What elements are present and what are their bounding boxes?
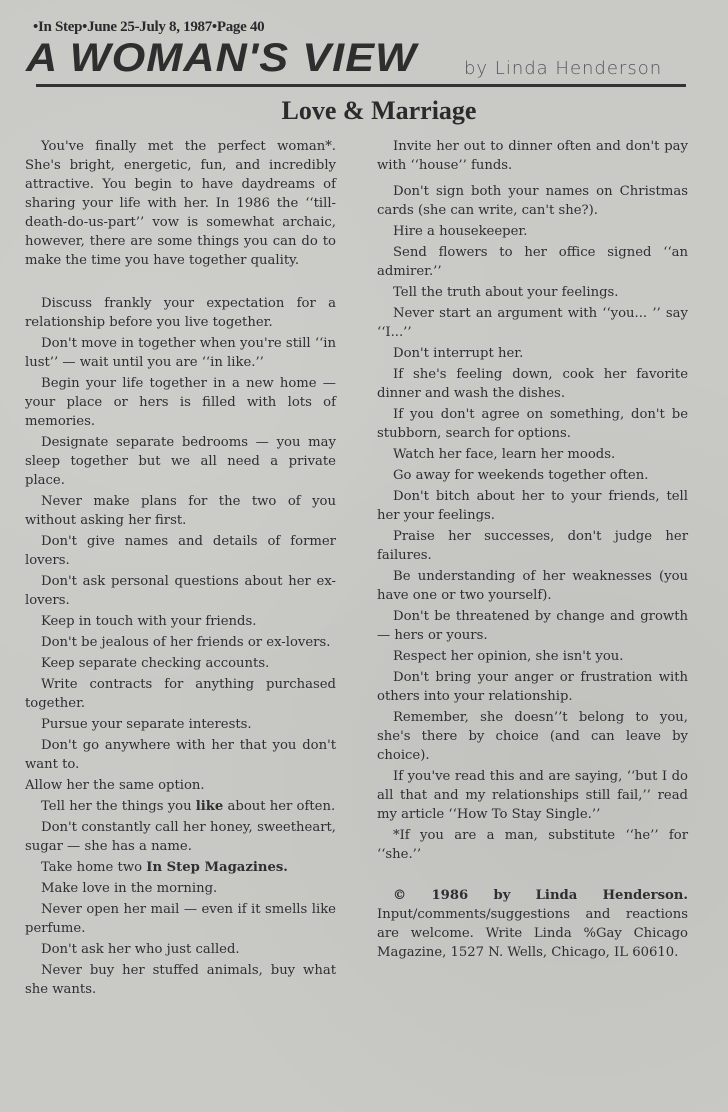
- tip-paragraph: Don't bring your anger or frustration wi…: [377, 668, 688, 706]
- tip-paragraph: Never buy her stuffed animals, buy what …: [25, 961, 336, 999]
- text-span: Tell her the things you: [41, 799, 196, 814]
- tip-paragraph: Make love in the morning.: [25, 879, 336, 898]
- tip-paragraph: Allow her the same option.: [25, 776, 336, 795]
- tip-paragraph: Don't ask personal questions about her e…: [25, 572, 336, 610]
- tip-paragraph: Don't be jealous of her friends or ex-lo…: [25, 633, 336, 652]
- tip-paragraph: Don't sign both your names on Christmas …: [377, 182, 688, 220]
- tip-paragraph: Don't go anywhere with her that you don'…: [25, 736, 336, 774]
- tip-paragraph: Hire a housekeeper.: [377, 222, 688, 241]
- magazine-name: In Step Magazines.: [146, 860, 288, 875]
- tip-paragraph-like: Tell her the things you like about her o…: [25, 797, 336, 816]
- tip-paragraph: Don't move in together when you're still…: [25, 334, 336, 372]
- tip-paragraph: Never make plans for the two of you with…: [25, 492, 336, 530]
- tip-paragraph: Never start an argument with ‘‘you... ’’…: [377, 304, 688, 342]
- tip-paragraph: Begin your life together in a new home —…: [25, 374, 336, 431]
- tip-paragraph: If you don't agree on something, don't b…: [377, 405, 688, 443]
- tip-paragraph: Don't give names and details of former l…: [25, 532, 336, 570]
- tip-paragraph: Keep separate checking accounts.: [25, 654, 336, 673]
- tip-paragraph: Don't constantly call her honey, sweethe…: [25, 818, 336, 856]
- tip-paragraph: If she's feeling down, cook her favorite…: [377, 365, 688, 403]
- newspaper-page: •In Step•June 25-July 8, 1987•Page 40 A …: [0, 0, 728, 1112]
- contact-info: Input/comments/suggestions and reactions…: [377, 907, 688, 960]
- tip-paragraph: Be understanding of her weaknesses (you …: [377, 567, 688, 605]
- tip-paragraph: Respect her opinion, she isn't you.: [377, 647, 688, 666]
- tip-paragraph: Invite her out to dinner often and don't…: [377, 137, 688, 175]
- tip-paragraph: Discuss frankly your expectation for a r…: [25, 294, 336, 332]
- tip-paragraph: Tell the truth about your feelings.: [377, 283, 688, 302]
- tip-paragraph: Don't interrupt her.: [377, 344, 688, 363]
- right-column: Invite her out to dinner often and don't…: [377, 137, 688, 964]
- left-column: You've finally met the perfect woman*. S…: [25, 137, 336, 1001]
- tip-paragraph: Watch her face, learn her moods.: [377, 445, 688, 464]
- dateline: •In Step•June 25-July 8, 1987•Page 40: [33, 19, 264, 36]
- intro-paragraph: You've finally met the perfect woman*. S…: [25, 137, 336, 270]
- tip-paragraph: Praise her successes, don't judge her fa…: [377, 527, 688, 565]
- tip-paragraph: Don't ask her who just called.: [25, 940, 336, 959]
- byline: by Linda Henderson: [464, 58, 662, 79]
- tip-paragraph: Don't bitch about her to your friends, t…: [377, 487, 688, 525]
- tip-paragraph: Go away for weekends together often.: [377, 466, 688, 485]
- copyright-holder: © 1986 by Linda Henderson.: [393, 888, 688, 903]
- text-span: about her often.: [223, 799, 335, 814]
- tip-paragraph: If you've read this and are saying, ‘‘bu…: [377, 767, 688, 824]
- footnote: *If you are a man, substitute ‘‘he’’ for…: [377, 826, 688, 864]
- tip-paragraph: Write contracts for anything purchased t…: [25, 675, 336, 713]
- tip-paragraph: Don't be threatened by change and growth…: [377, 607, 688, 645]
- article-title: Love & Marriage: [0, 96, 728, 126]
- copyright-notice: © 1986 by Linda Henderson. Input/comment…: [377, 886, 688, 962]
- column-masthead: A WOMAN'S VIEW: [26, 36, 417, 81]
- tip-paragraph: Send flowers to her office signed ‘‘an a…: [377, 243, 688, 281]
- emphasis-like: like: [196, 799, 224, 814]
- tip-paragraph: Pursue your separate interests.: [25, 715, 336, 734]
- tip-paragraph: Never open her mail — even if it smells …: [25, 900, 336, 938]
- tip-paragraph: Keep in touch with your friends.: [25, 612, 336, 631]
- header-rule: [36, 84, 686, 87]
- tip-paragraph: Remember, she doesn’’t belong to you, sh…: [377, 708, 688, 765]
- tip-paragraph-magazine: Take home two In Step Magazines.: [25, 858, 336, 877]
- tip-paragraph: Designate separate bedrooms — you may sl…: [25, 433, 336, 490]
- text-span: Take home two: [41, 860, 146, 875]
